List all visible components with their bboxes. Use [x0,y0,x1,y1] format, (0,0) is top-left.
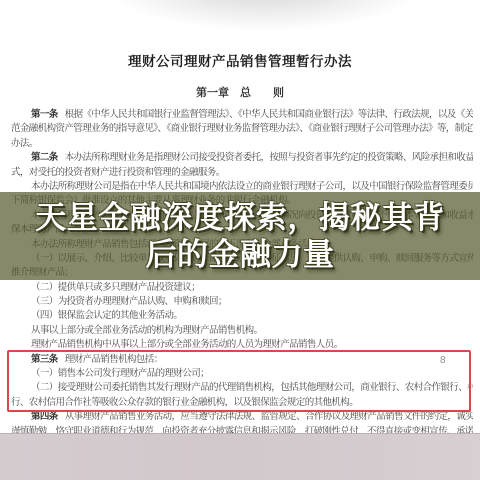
article-number-label: 第一条 [31,109,58,120]
article-number-label: 第二条 [31,152,58,163]
bottom-letterbox [0,433,480,480]
screenshot-root: 理财公司理财产品销售管理暂行办法 第一章 总 则 第一条根据《中华人民共和国银行… [0,0,480,480]
document-line: （三）为投资者办理理财产品认购、申购和赎回； [11,295,473,309]
page-artifact-number: 8 [440,355,446,366]
document-line: 谨慎勤勉，恪守职业道德和行为规范，向投资者充分披露信息和揭示风险，打破刚性兑付，… [11,425,473,433]
document-line: 第一条根据《中华人民共和国银行业监督管理法》、《中华人民共和国商业银行法》等法律… [11,108,473,122]
document-line: 从事以上部分或全部业务活动的机构为理财产品销售机构。 [11,324,473,338]
document-line: 第二条本办法所称理财业务是指理财公司接受投资者委托，按照与投资者事先约定的投资策… [11,151,473,165]
caption-line-2: 后的金融力量 [146,236,335,273]
document-line: 行、农村信用合作社等吸收公众存款的银行业金融机构，以及银保监会规定的其他机构。 [11,396,473,410]
document-line: 理财产品销售机构中从事以上部分或全部业务活动的人员为理财产品销售人员。 [11,338,473,352]
document-title: 理财公司理财产品销售管理暂行办法 [0,50,480,70]
caption-overlay: 天星金融深度探索，揭秘其背 后的金融力量 [0,192,480,280]
document-line: （二）提供单只或多只理财产品投资建议； [11,281,473,295]
document-line: 第四条从事理财产品销售业务活动，应当遵守法律法规、监管规定、合作协议及理财产品销… [11,410,473,424]
article-number-label: 第三条 [31,354,58,365]
document-line: （二）接受理财公司委托销售其发行理财产品的代理销售机构，包括其他理财公司，商业银… [11,381,473,395]
document-line: 范金融机构资产管理业务的指导意见》、《商业银行理财业务监督管理办法》、《商业银行… [11,122,473,136]
caption-line-1: 天星金融深度探索，揭秘其背 [35,199,445,236]
chapter-heading: 第一章 总 则 [0,84,480,100]
article-number-label: 第四条 [31,411,58,422]
document-line: 第三条理财产品销售机构包括： [11,353,473,367]
document-line: （四）银保监会认定的其他业务活动。 [11,309,473,323]
document-line: 式，对受托的投资者财产进行投资和管理的金融服务。 [11,166,473,180]
document-line: 办法。 [11,137,473,151]
document-line: （一）销售本公司发行理财产品的理财公司； [11,367,473,381]
